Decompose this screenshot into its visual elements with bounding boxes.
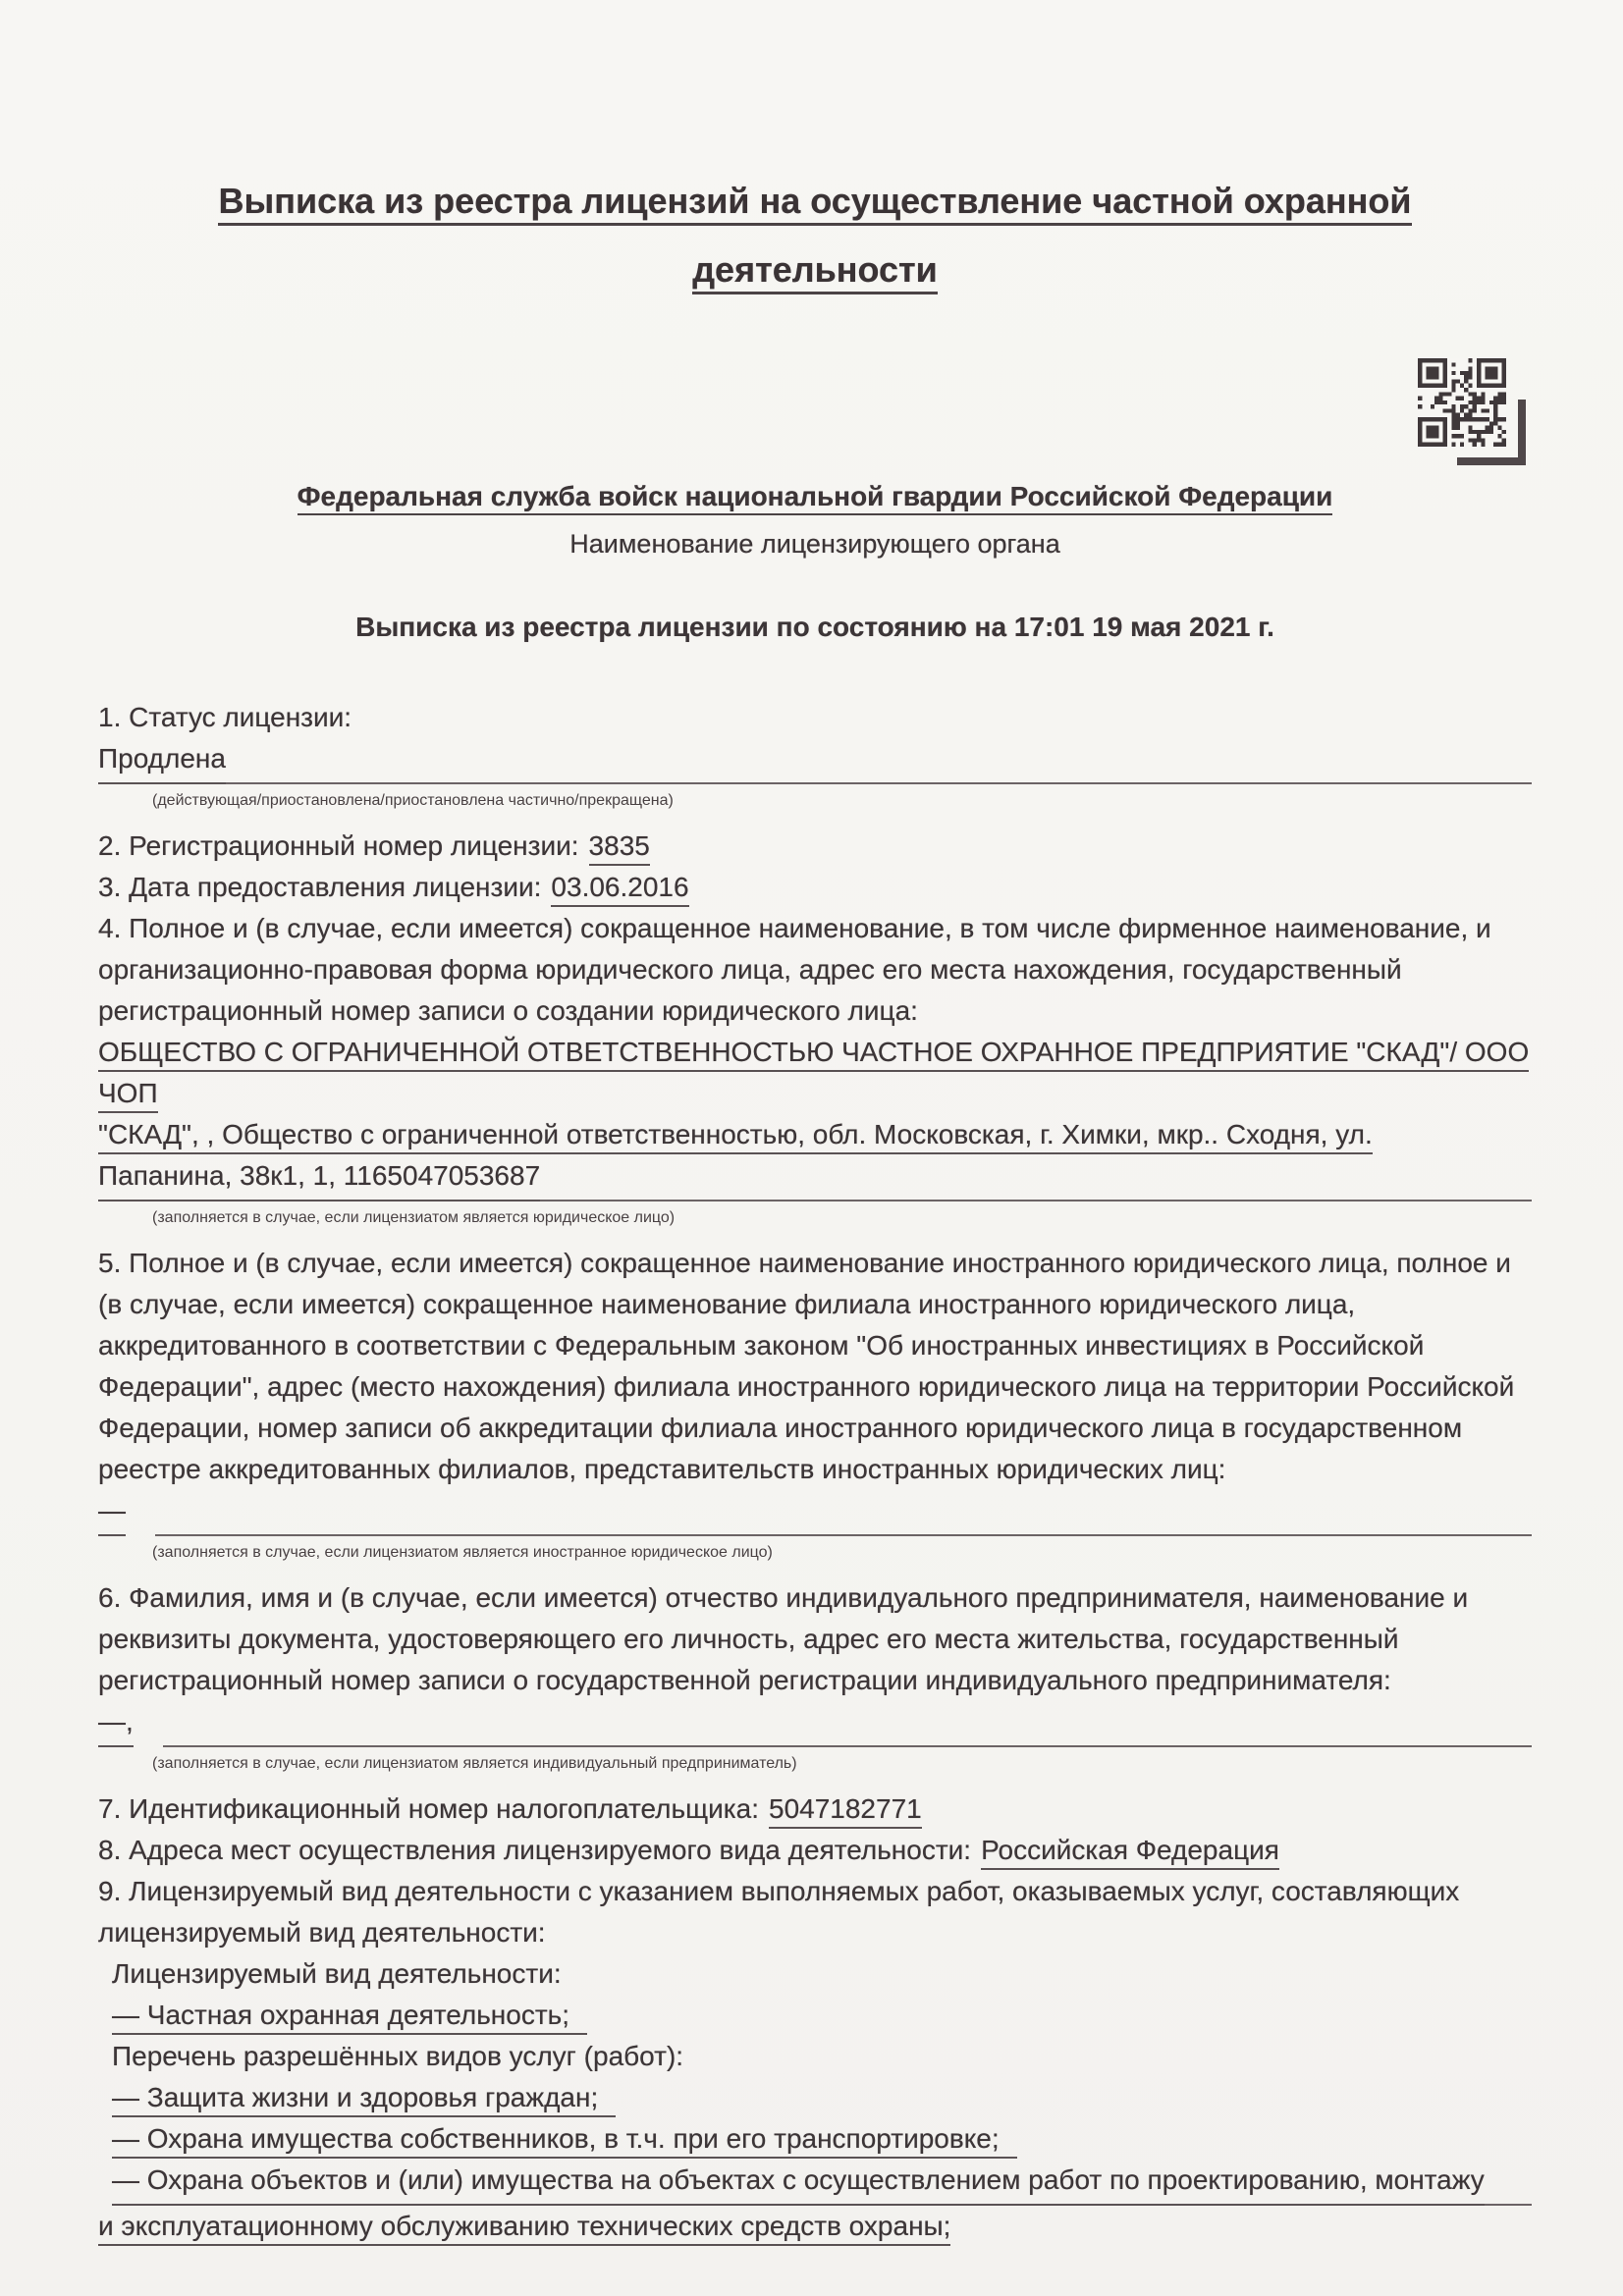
item-2-value: 3835 (589, 830, 650, 866)
item-1-value-row: Продлена (98, 738, 1532, 784)
item-2-row: 2. Регистрационный номер лицензии:3835 (98, 826, 1532, 867)
item-1-label: 1. Статус лицензии: (98, 697, 1532, 738)
item-8-label: 8. Адреса мест осуществления лицензируем… (98, 1835, 971, 1865)
item-4-value-line-3: Папанина, 38к1, 1, 1165047053687 (98, 1155, 540, 1201)
service-item-3-row: — Охрана объектов и (или) имущества на о… (98, 2160, 1532, 2206)
item-4-label: 4. Полное и (в случае, если имеется) сок… (98, 908, 1532, 1032)
underline-rule (163, 1745, 1532, 1747)
service-item-2: — Охрана имущества собственников, в т.ч.… (112, 2123, 1017, 2159)
item-9-label: 9. Лицензируемый вид деятельности с указ… (98, 1871, 1532, 1953)
underline-rule (155, 1534, 1532, 1536)
item-6-label: 6. Фамилия, имя и (в случае, если имеетс… (98, 1577, 1532, 1701)
item-5-value: — (98, 1490, 126, 1536)
item-4-value-line-2: "СКАД", , Общество с ограниченной ответс… (98, 1119, 1373, 1154)
services-label: Перечень разрешённых видов услуг (работ)… (98, 2036, 1532, 2077)
item-4-value-line-1: ОБЩЕСТВО С ОГРАНИЧЕННОЙ ОТВЕТСТВЕННОСТЬЮ… (98, 1037, 1529, 1113)
underline-rule (226, 782, 1532, 784)
item-7-label: 7. Идентификационный номер налогоплатель… (98, 1793, 759, 1824)
underline-rule (1485, 2204, 1532, 2206)
service-item-1: — Защита жизни и здоровья граждан; (112, 2082, 616, 2117)
service-item-3-line-1: — Охрана объектов и (или) имущества на о… (112, 2160, 1485, 2206)
extract-as-of-line: Выписка из реестра лицензии по состоянию… (98, 607, 1532, 648)
item-6-note: (заполняется в случае, если лицензиатом … (98, 1751, 1532, 1777)
page-title-line-2: деятельности (692, 249, 938, 294)
item-4-note: (заполняется в случае, если лицензиатом … (98, 1205, 1532, 1231)
item-6-value: —, (98, 1701, 134, 1747)
licensing-authority: Федеральная служба войск национальной гв… (98, 477, 1532, 516)
activity-label: Лицензируемый вид деятельности: (98, 1953, 1532, 1995)
item-4-value-row: Папанина, 38к1, 1, 1165047053687 (98, 1155, 1532, 1201)
item-8-value: Российская Федерация (981, 1835, 1279, 1870)
document-page: Выписка из реестра лицензий на осуществл… (0, 0, 1623, 2296)
authority-caption: Наименование лицензирующего органа (98, 524, 1532, 563)
page-title: Выписка из реестра лицензий на осуществл… (98, 167, 1532, 304)
underline-rule (540, 1200, 1532, 1201)
item-8-row: 8. Адреса мест осуществления лицензируем… (98, 1830, 1532, 1871)
page-title-line-1: Выписка из реестра лицензий на осуществл… (218, 181, 1411, 226)
service-item-3-line-2: и эксплуатационному обслуживанию техниче… (98, 2211, 950, 2246)
item-5-label: 5. Полное и (в случае, если имеется) сок… (98, 1243, 1532, 1490)
item-5-value-row: — (98, 1490, 1532, 1536)
item-2-label: 2. Регистрационный номер лицензии: (98, 830, 579, 861)
item-3-value: 03.06.2016 (551, 872, 688, 907)
item-7-row: 7. Идентификационный номер налогоплатель… (98, 1789, 1532, 1830)
item-1-note: (действующая/приостановлена/приостановле… (98, 788, 1532, 814)
item-7-value: 5047182771 (769, 1793, 922, 1829)
item-6-value-row: —, (98, 1701, 1532, 1747)
item-3-label: 3. Дата предоставления лицензии: (98, 872, 541, 902)
activity-value: — Частная охранная деятельность; (112, 2000, 587, 2035)
item-3-row: 3. Дата предоставления лицензии:03.06.20… (98, 867, 1532, 908)
item-5-note: (заполняется в случае, если лицензиатом … (98, 1540, 1532, 1566)
item-1-value: Продлена (98, 738, 226, 784)
